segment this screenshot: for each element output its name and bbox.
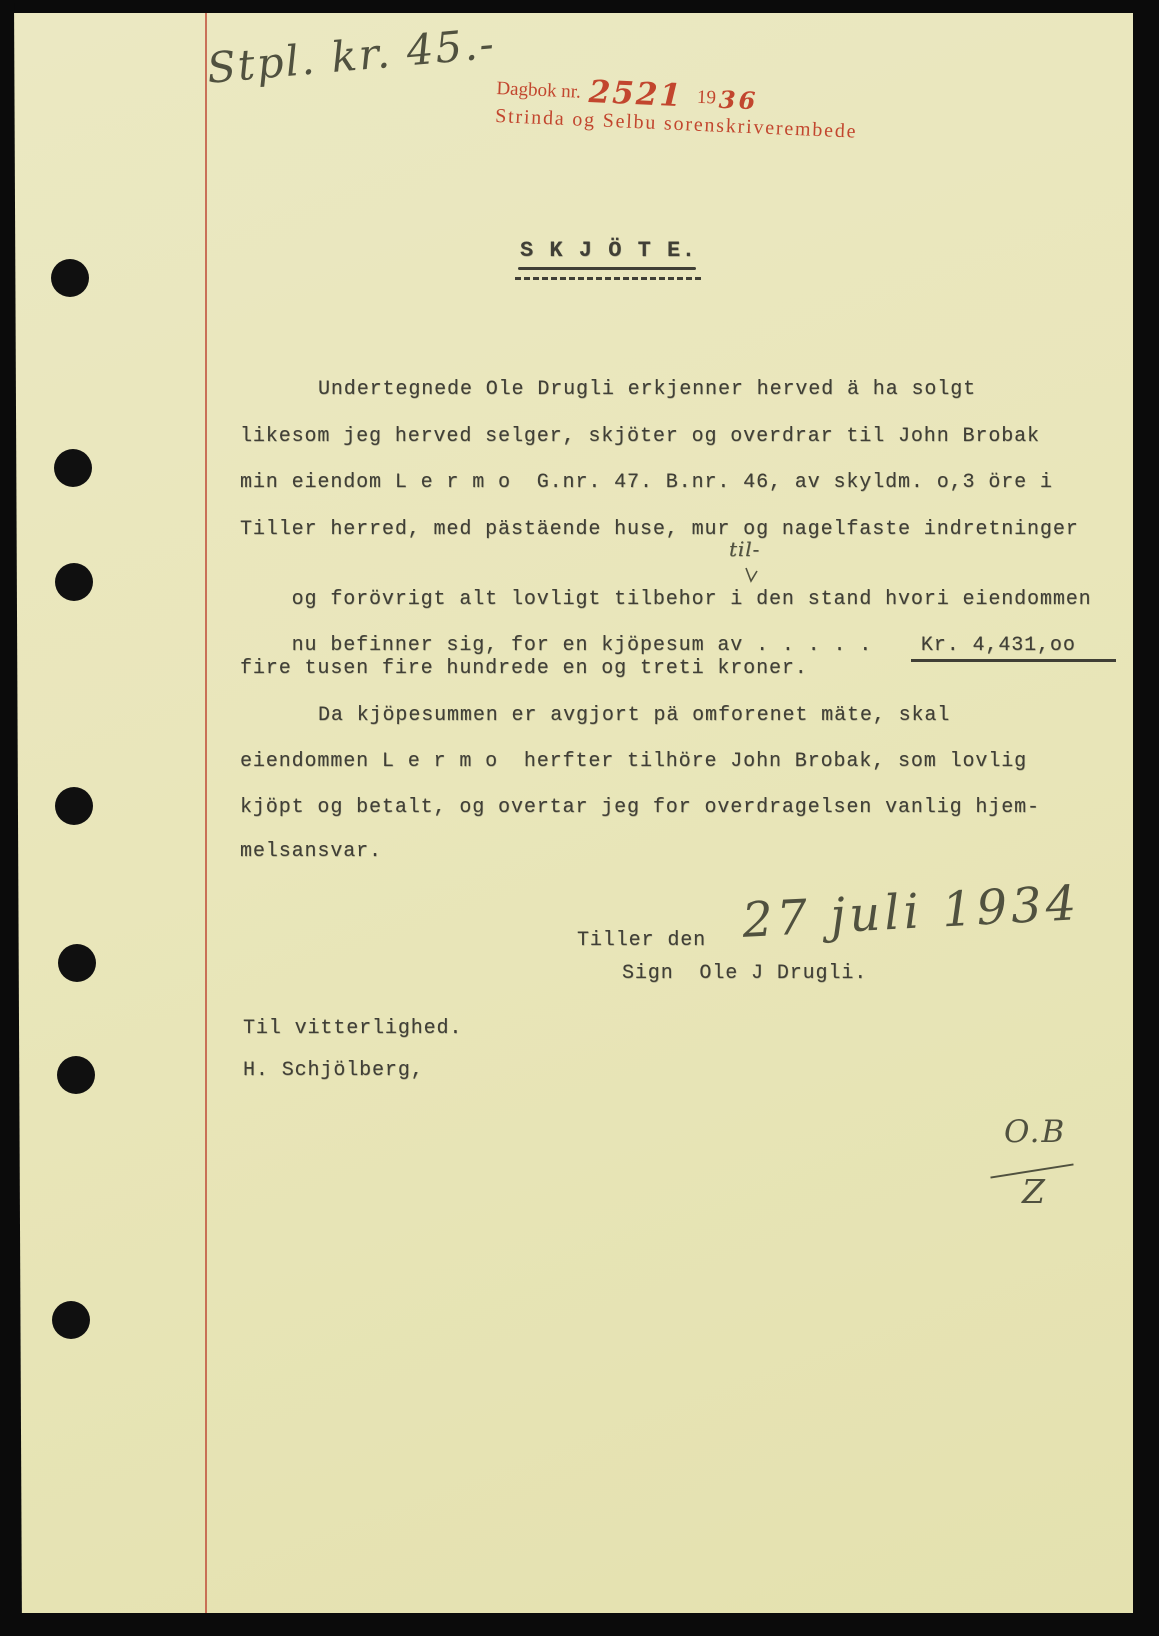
body-line: likesom jeg herved selger, skjöter og ov… [240,425,1040,448]
stamp-label: Dagbok nr. [496,78,581,104]
body-line: Da kjöpesummen er avgjort pä omforenet m… [240,704,950,727]
witness-name: H. Schjölberg, [243,1059,424,1082]
stamp-year-suffix: 36 [718,90,758,112]
body-line: fire tusen fire hundrede en og treti kro… [240,657,808,680]
body-text: nu befinner sig, for en kjöpesum av . . … [292,634,911,657]
punch-hole [51,259,89,297]
title-underline-solid [518,267,696,270]
witness-heading: Til vitterlighed. [243,1017,462,1040]
insertion-caret-icon [743,567,759,590]
body-line: Tiller herred, med pästäende huse, mur o… [240,518,1079,541]
stamp-year-prefix: 19 [696,87,716,110]
stamp-journal-number: 2521 [588,80,683,108]
purchase-amount: Kr. 4,431,oo [911,634,1116,662]
body-line: min eiendom L e r m o G.nr. 47. B.nr. 46… [240,471,1053,494]
scan-border-bottom [0,1613,1159,1636]
scanned-deed-page: Stpl. kr. 45.- Dagbok nr. 2521 19 36 Str… [0,0,1159,1636]
punch-hole [58,944,96,982]
red-margin-line [205,12,207,1615]
clerk-initials-top: O.B [1004,1114,1066,1150]
body-line: eiendommen L e r m o herfter tilhöre Joh… [240,750,1027,773]
punch-hole [55,787,93,825]
body-text: stand hvori eiendommen [795,588,1092,611]
punch-hole [52,1301,90,1339]
scan-border-right [1133,0,1159,1636]
punch-hole [54,449,92,487]
scan-border-top [0,0,1159,13]
body-line: melsansvar. [240,840,382,863]
body-text: og forövrigt alt lovligt tilbehor i den [292,588,795,611]
handwritten-insertion: til- [729,537,760,561]
signature-line: Sign Ole J Drugli. [622,962,867,985]
clerk-initials-bottom: Z [1022,1172,1045,1211]
body-line: kjöpt og betalt, og overtar jeg for over… [240,796,1040,819]
punch-hole [57,1056,95,1094]
document-title: S K J Ö T E. [520,238,696,263]
dateline-typed: Tiller den [577,929,706,952]
punch-hole [55,563,93,601]
title-underline-dashed [515,277,701,280]
body-line: Undertegnede Ole Drugli erkjenner herved… [240,378,976,401]
